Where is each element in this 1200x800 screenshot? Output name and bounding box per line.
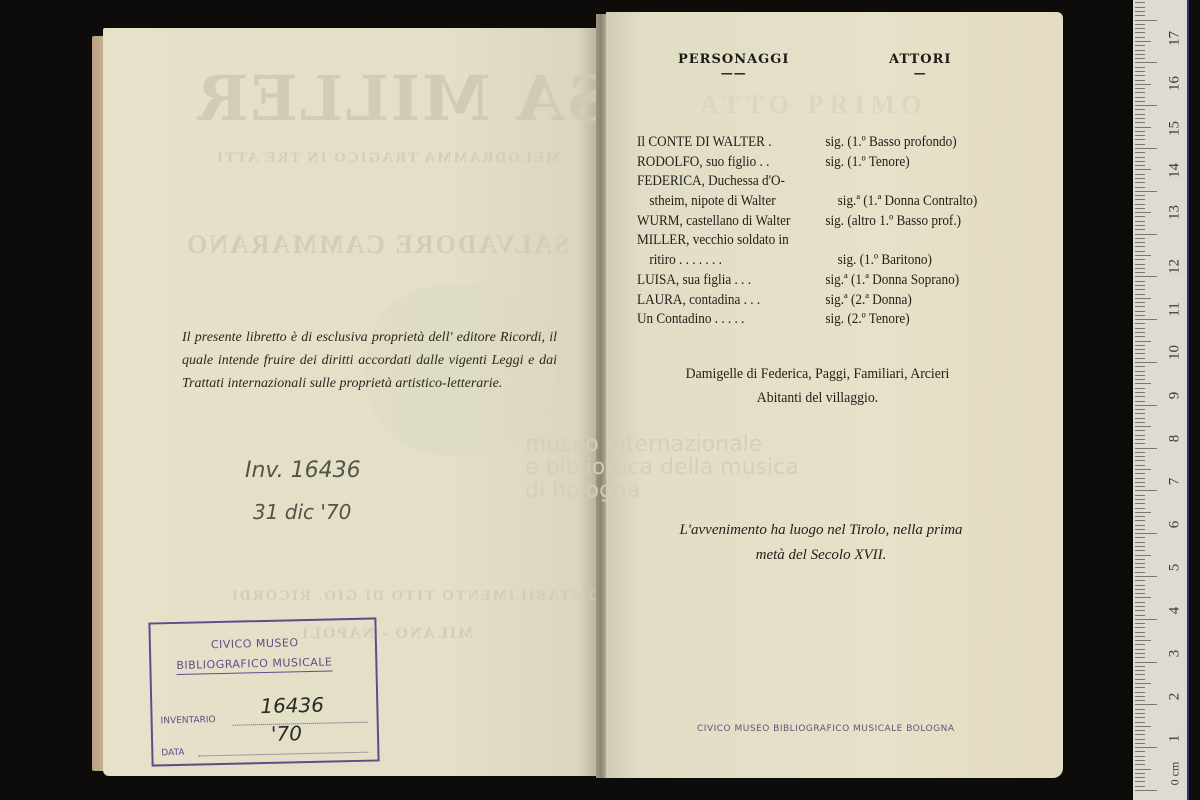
ruler-tick	[1135, 131, 1145, 132]
cast-row: LAURA, contadina . . .sig.ª (2.ª Donna)	[637, 291, 989, 311]
ruler-tick	[1135, 512, 1151, 513]
handwritten-inventory: Inv. 16436	[245, 458, 361, 483]
ruler-tick	[1135, 679, 1145, 680]
ruler-tick	[1135, 165, 1145, 166]
ruler-tick	[1135, 751, 1145, 752]
ruler-tick	[1135, 734, 1145, 735]
ruler-number: 16	[1167, 74, 1184, 94]
chorus-list: Damigelle di Federica, Paggi, Familiari,…	[654, 362, 981, 410]
ruler-tick	[1135, 15, 1145, 16]
ruler-tick	[1135, 674, 1145, 675]
ruler-tick	[1135, 525, 1145, 526]
ruler-tick	[1135, 687, 1145, 688]
ruler-tick	[1135, 238, 1145, 239]
ruler-tick	[1135, 769, 1151, 770]
museum-watermark: museo internazionale e biblioteca della …	[525, 433, 799, 502]
stamp-line1: CIVICO MUSEO	[211, 636, 299, 651]
ruler-tick	[1135, 371, 1145, 372]
role: Il CONTE DI WALTER .	[637, 133, 824, 153]
ruler-dark-edge	[1189, 0, 1200, 800]
ruler-tick	[1135, 199, 1145, 200]
ruler-tick	[1135, 251, 1145, 252]
ruler-tick	[1135, 157, 1145, 158]
header-rule: —	[889, 69, 951, 77]
ruler-tick	[1135, 182, 1145, 183]
ruler-tick	[1135, 478, 1145, 479]
ruler-tick	[1135, 662, 1157, 663]
ruler-tick	[1135, 71, 1145, 72]
ruler-tick	[1135, 713, 1145, 714]
ruler-tick	[1135, 341, 1151, 342]
ruler-number: 3	[1167, 644, 1184, 664]
ruler-tick	[1135, 567, 1145, 568]
ruler-tick	[1135, 508, 1145, 509]
ruler-tick	[1135, 358, 1145, 359]
ruler-tick	[1135, 550, 1145, 551]
ruler-tick	[1135, 101, 1145, 102]
ruler-number: 2	[1167, 687, 1184, 707]
ruler-tick	[1135, 272, 1145, 273]
ruler-tick	[1135, 114, 1145, 115]
ruler-tick	[1135, 469, 1151, 470]
ruler-tick	[1135, 692, 1145, 693]
role: WURM, castellano di Walter	[637, 212, 824, 232]
ruler-tick	[1135, 439, 1145, 440]
role: RODOLFO, suo figlio . .	[637, 153, 824, 173]
ruler-tick	[1135, 362, 1157, 363]
ruler-tick	[1135, 306, 1145, 307]
ruler-tick	[1135, 610, 1145, 611]
setting-line1: L'avvenimento ha luogo nel Tirolo, nella…	[626, 518, 1016, 543]
ruler-tick	[1135, 764, 1145, 765]
cast-list: Il CONTE DI WALTER .sig. (1.º Basso prof…	[637, 133, 989, 330]
ruler-tick	[1135, 773, 1145, 774]
ruler-tick	[1135, 281, 1145, 282]
role: LUISA, sua figlia . . .	[637, 271, 824, 291]
ruler-tick	[1135, 127, 1151, 128]
ruler-tick	[1135, 229, 1145, 230]
ruler-tick	[1135, 174, 1145, 175]
ruler-tick	[1135, 576, 1157, 577]
ruler-tick	[1135, 264, 1145, 265]
ruler-tick	[1135, 392, 1145, 393]
ruler-tick	[1135, 315, 1145, 316]
ruler-number: 8	[1167, 429, 1184, 449]
ruler-tick	[1135, 580, 1145, 581]
ruler-number: 11	[1167, 300, 1184, 320]
ruler-tick	[1135, 709, 1145, 710]
ruler-tick	[1135, 92, 1145, 93]
ruler-tick	[1135, 696, 1145, 697]
actor-voice: sig. (1.º Tenore)	[824, 153, 910, 173]
ruler-tick	[1135, 191, 1157, 192]
chorus-line2: Abitanti del villaggio.	[654, 386, 981, 410]
ruler-tick	[1135, 593, 1145, 594]
ruler-tick	[1135, 473, 1145, 474]
ruler-tick	[1135, 546, 1145, 547]
ruler-number: 6	[1167, 515, 1184, 535]
ruler-tick	[1135, 144, 1145, 145]
ruler-tick	[1135, 187, 1145, 188]
ghost-subtitle-mirrored: MELODRAMMA TRAGICO IN TRE ATTI	[215, 150, 560, 167]
ruler-number: 9	[1167, 386, 1184, 406]
cast-row: FEDERICA, Duchessa d'O-	[637, 172, 989, 192]
ruler-tick	[1135, 388, 1145, 389]
ghost-author-mirrored: SALVADORE CAMMARANO	[185, 230, 569, 260]
ruler-tick	[1135, 456, 1145, 457]
watermark-line3: di bologna	[525, 479, 799, 502]
ruler-tick	[1135, 285, 1145, 286]
ruler-tick	[1135, 409, 1145, 410]
ruler-tick	[1135, 97, 1145, 98]
museum-inventory-stamp: CIVICO MUSEO BIBLIOGRAFICO MUSICALE INVE…	[148, 617, 379, 766]
copyright-notice: Il presente libretto è di esclusiva prop…	[182, 326, 557, 395]
ruler-tick	[1135, 7, 1145, 8]
setting-note: L'avvenimento ha luogo nel Tirolo, nella…	[626, 518, 1016, 568]
ruler-tick	[1135, 597, 1151, 598]
ruler-tick	[1135, 649, 1145, 650]
cast-row: MILLER, vecchio soldato in	[637, 231, 989, 251]
ruler-tick	[1135, 366, 1145, 367]
stamp-data-line	[198, 752, 368, 757]
ruler-tick	[1135, 683, 1151, 684]
ruler-tick	[1135, 319, 1157, 320]
ghost-act-header: ATTO PRIMO	[700, 90, 927, 120]
role: stheim, nipote di Walter	[637, 192, 836, 212]
ruler-number: 4	[1167, 601, 1184, 621]
ruler-tick	[1135, 195, 1145, 196]
ruler-tick	[1135, 208, 1145, 209]
ruler-tick	[1135, 520, 1145, 521]
ruler-tick	[1135, 28, 1145, 29]
ruler-tick	[1135, 37, 1145, 38]
ruler-tick	[1135, 24, 1145, 25]
ruler-tick	[1135, 84, 1151, 85]
ruler-tick	[1135, 109, 1145, 110]
ruler-tick	[1135, 418, 1145, 419]
cast-row: LUISA, sua figlia . . .sig.ª (1.ª Donna …	[637, 271, 989, 291]
actor-voice: sig. (2.º Tenore)	[824, 310, 910, 330]
ruler-tick	[1135, 45, 1145, 46]
ruler-tick	[1135, 653, 1145, 654]
ruler-tick	[1135, 422, 1145, 423]
ruler-tick	[1135, 349, 1145, 350]
ruler-tick	[1135, 242, 1145, 243]
ruler-tick	[1135, 495, 1145, 496]
ruler-tick	[1135, 717, 1145, 718]
cast-row: ritiro . . . . . . .sig. (1.º Baritono)	[637, 251, 989, 271]
ruler-tick	[1135, 169, 1151, 170]
ruler-number: 7	[1167, 472, 1184, 492]
ruler-tick	[1135, 563, 1145, 564]
actor-voice: sig.ª (1.ª Donna Contralto)	[836, 192, 977, 212]
ruler-tick	[1135, 529, 1145, 530]
ruler-tick	[1135, 743, 1145, 744]
ruler-tick	[1135, 790, 1157, 791]
ruler-tick	[1135, 302, 1145, 303]
actor-voice: sig. (altro 1.º Basso prof.)	[824, 212, 961, 232]
ruler-tick	[1135, 375, 1145, 376]
ruler-tick	[1135, 623, 1145, 624]
ruler-tick	[1135, 118, 1145, 119]
actor-voice: sig. (1.º Baritono)	[836, 251, 932, 271]
ruler-tick	[1135, 298, 1151, 299]
actor-voice	[824, 172, 826, 192]
ruler-tick	[1135, 20, 1157, 21]
ruler-tick	[1135, 781, 1145, 782]
stamp-data-label: DATA	[161, 748, 184, 759]
ruler-tick	[1135, 212, 1151, 213]
role: ritiro . . . . . . .	[637, 251, 836, 271]
ruler-tick	[1135, 152, 1145, 153]
ruler-tick	[1135, 405, 1157, 406]
ruler-number: 15	[1167, 119, 1184, 139]
ruler-tick	[1135, 542, 1145, 543]
ruler-tick	[1135, 537, 1145, 538]
ruler-tick	[1135, 730, 1145, 731]
ruler-tick	[1135, 435, 1145, 436]
ruler-tick	[1135, 2, 1145, 3]
ruler-tick	[1135, 756, 1145, 757]
ruler-tick	[1135, 216, 1145, 217]
ruler-tick	[1135, 627, 1145, 628]
ruler-tick	[1135, 666, 1145, 667]
role: MILLER, vecchio soldato in	[637, 231, 824, 251]
stamp-data-value: '70	[271, 721, 302, 746]
ruler-tick	[1135, 311, 1145, 312]
ruler-tick	[1135, 135, 1145, 136]
actor-voice: sig.ª (2.ª Donna)	[824, 291, 912, 311]
ruler-tick	[1135, 294, 1145, 295]
ruler-tick	[1135, 426, 1151, 427]
ruler-unit-label: 0 cm	[1168, 759, 1183, 789]
ruler-tick	[1135, 139, 1145, 140]
ruler-tick	[1135, 383, 1151, 384]
personaggi-label: PERSONAGGI	[678, 52, 789, 67]
ruler-tick	[1135, 276, 1157, 277]
ruler-tick	[1135, 722, 1145, 723]
library-stamp: CIVICO MUSEO BIBLIOGRAFICO MUSICALE BOLO…	[697, 724, 954, 734]
cast-row: WURM, castellano di Waltersig. (altro 1.…	[637, 212, 989, 232]
ruler-tick	[1135, 88, 1145, 89]
ruler-tick	[1135, 80, 1145, 81]
ruler-tick	[1135, 41, 1151, 42]
ruler-tick	[1135, 448, 1157, 449]
ruler-tick	[1135, 739, 1145, 740]
ruler-tick	[1135, 54, 1145, 55]
ruler-tick	[1135, 328, 1145, 329]
ruler-tick	[1135, 105, 1157, 106]
ruler-tick	[1135, 246, 1145, 247]
ruler-tick	[1135, 122, 1145, 123]
ruler-tick	[1135, 255, 1151, 256]
chorus-line1: Damigelle di Federica, Paggi, Familiari,…	[654, 362, 981, 386]
ruler-tick	[1135, 644, 1145, 645]
column-header-personaggi: PERSONAGGI ——	[678, 52, 789, 77]
ruler-tick	[1135, 11, 1145, 12]
ruler-tick	[1135, 670, 1145, 671]
ruler-tick	[1135, 760, 1145, 761]
ruler-tick	[1135, 555, 1151, 556]
ruler-number: 1	[1167, 729, 1184, 749]
ruler-tick	[1135, 777, 1145, 778]
stamp-inventario-value: 16436	[260, 693, 324, 718]
ruler-tick	[1135, 332, 1145, 333]
ruler-tick	[1135, 289, 1145, 290]
ruler-tick	[1135, 62, 1157, 63]
ruler-number: 17	[1167, 29, 1184, 49]
cast-row: stheim, nipote di Waltersig.ª (1.ª Donna…	[637, 192, 989, 212]
ruler-number: 13	[1167, 203, 1184, 223]
cast-row: Il CONTE DI WALTER .sig. (1.º Basso prof…	[637, 133, 989, 153]
ruler-tick	[1135, 58, 1145, 59]
ruler-tick	[1135, 726, 1151, 727]
ruler-tick	[1135, 221, 1145, 222]
ruler-tick	[1135, 353, 1145, 354]
ruler-number: 5	[1167, 558, 1184, 578]
ruler-tick	[1135, 452, 1145, 453]
ruler-tick	[1135, 619, 1157, 620]
ruler-tick	[1135, 516, 1145, 517]
ruler-tick	[1135, 259, 1145, 260]
ghost-publisher-line1: REGIO STABILIMENTO TITO DI GIO. RICORDI	[230, 588, 646, 605]
ruler-tick	[1135, 465, 1145, 466]
attori-label: ATTORI	[889, 52, 951, 67]
cast-row: Un Contadino . . . . .sig. (2.º Tenore)	[637, 310, 989, 330]
ruler-tick	[1135, 75, 1145, 76]
ruler-tick	[1135, 700, 1145, 701]
actor-voice	[824, 231, 826, 251]
ruler-tick	[1135, 602, 1145, 603]
ruler-tick	[1135, 178, 1145, 179]
ruler-tick	[1135, 585, 1145, 586]
ruler-tick	[1135, 430, 1145, 431]
ruler-tick	[1135, 67, 1145, 68]
ruler-tick	[1135, 632, 1145, 633]
ruler-tick	[1135, 379, 1145, 380]
ruler-tick	[1135, 32, 1145, 33]
ruler-tick	[1135, 490, 1157, 491]
ruler-tick	[1135, 345, 1145, 346]
ruler-tick	[1135, 572, 1145, 573]
ruler-tick	[1135, 747, 1157, 748]
ruler-tick	[1135, 323, 1145, 324]
role: FEDERICA, Duchessa d'O-	[637, 172, 824, 192]
measurement-ruler: 0 cm 1 2 3 4 5 6 7 8 9 10 11 12 13 14 15…	[1133, 0, 1189, 800]
ruler-tick	[1135, 336, 1145, 337]
role: LAURA, contadina . . .	[637, 291, 824, 311]
ruler-tick	[1135, 636, 1145, 637]
ruler-tick	[1135, 589, 1145, 590]
ruler-tick	[1135, 559, 1145, 560]
ruler-number: 12	[1167, 257, 1184, 277]
watermark-line2: e biblioteca della musica	[525, 456, 799, 479]
ruler-tick	[1135, 704, 1157, 705]
ruler-tick	[1135, 615, 1145, 616]
header-rule: ——	[678, 69, 789, 77]
ruler-tick	[1135, 786, 1145, 787]
ruler-tick	[1135, 396, 1145, 397]
ruler-tick	[1135, 401, 1145, 402]
actor-voice: sig.ª (1.ª Donna Soprano)	[824, 271, 960, 291]
stamp-line2: BIBLIOGRAFICO MUSICALE	[176, 655, 332, 675]
ruler-tick	[1135, 161, 1145, 162]
ruler-tick	[1135, 50, 1145, 51]
ruler-tick	[1135, 268, 1145, 269]
ruler-tick	[1135, 204, 1145, 205]
cast-row: RODOLFO, suo figlio . .sig. (1.º Tenore)	[637, 153, 989, 173]
ruler-tick	[1135, 225, 1145, 226]
ruler-tick	[1135, 606, 1145, 607]
actor-voice: sig. (1.º Basso profondo)	[824, 133, 957, 153]
ruler-tick	[1135, 640, 1151, 641]
ruler-tick	[1135, 533, 1157, 534]
role: Un Contadino . . . . .	[637, 310, 824, 330]
watermark-line1: museo internazionale	[525, 433, 799, 456]
ruler-tick	[1135, 499, 1145, 500]
ruler-tick	[1135, 657, 1145, 658]
setting-line2: metà del Secolo XVII.	[626, 543, 1016, 568]
ruler-tick	[1135, 234, 1157, 235]
handwritten-date: 31 dic '70	[253, 500, 351, 524]
column-header-attori: ATTORI —	[889, 52, 951, 77]
ruler-tick	[1135, 413, 1145, 414]
stamp-inventario-label: INVENTARIO	[161, 715, 216, 726]
ruler-tick	[1135, 503, 1145, 504]
ruler-number: 14	[1167, 161, 1184, 181]
ruler-tick	[1135, 148, 1157, 149]
ruler-tick	[1135, 486, 1145, 487]
ruler-tick	[1135, 460, 1145, 461]
ruler-tick	[1135, 443, 1145, 444]
ruler-number: 10	[1167, 343, 1184, 363]
ruler-tick	[1135, 482, 1145, 483]
